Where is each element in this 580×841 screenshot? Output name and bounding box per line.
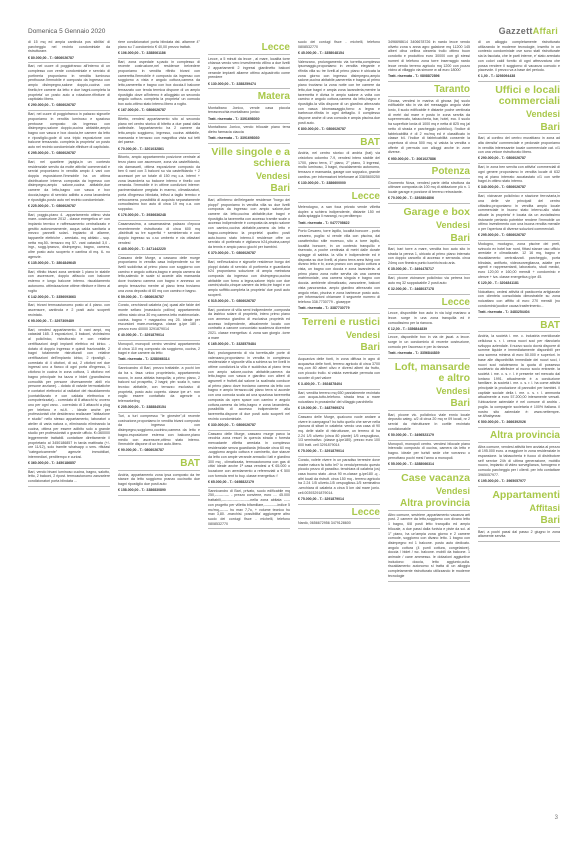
ad-text: Bitetto, vendesi appartamento sito al se… <box>118 117 200 145</box>
ad-text: Montalbano Jonico, vende casa piccola te… <box>208 106 290 115</box>
classified-ad: Turi, a turi compresso "le ginestre",di … <box>118 414 200 456</box>
section-heading-cat: Case vacanza <box>388 473 470 484</box>
ad-text: Bari, al confino del centro murattiano i… <box>478 136 560 155</box>
column-5: 3496698614 3406678726 in nardo lecce ven… <box>388 40 470 810</box>
classified-ad: Bari, porzione di villa semi indipendent… <box>208 308 290 350</box>
classified-ad: Ginosa, vendesi in marina di ginosa (ta)… <box>388 99 470 165</box>
classified-ad: Bitetto, vendesi appartamento sito al se… <box>118 117 200 154</box>
section-heading-city: Bari <box>388 234 470 246</box>
section-heading-cat: Uffici e locali commerciali <box>478 85 560 107</box>
classified-ad: Melendugno, a san foca privato vende vil… <box>298 205 380 228</box>
ad-text: Andria, appartamento zona ipsa composto … <box>118 473 200 487</box>
ad-text: Bari, nell'esclusivo e signorile residen… <box>208 260 290 298</box>
ad-price-phone: € 158.000,00 - T.: 3386830890 <box>118 488 200 493</box>
page-number: 3 <box>555 815 558 821</box>
section-heading-cat: Ville singole e a schiera <box>208 147 290 169</box>
classified-ad: Acquaviva delle fonti, in zona diffusa i… <box>298 357 380 390</box>
ad-price-phone: € 405.000,00 - T.: 3471442220 <box>118 247 200 252</box>
ad-text: Corato, volete vivere in un paradiso ter… <box>298 458 380 496</box>
classified-ad: Sannicandro di Bari, prezzo trattabile. … <box>118 366 200 413</box>
ad-price-phone: € 1,00 - T.: 3293094438 <box>478 74 560 79</box>
ad-price-phone: € 55.000,00 - T.: 3288066314 <box>388 462 470 467</box>
ad-text: Bari, vendo bivani luminoso cucina, bagn… <box>28 470 110 484</box>
ad-text: Bari, picone vicinanze policlinico via p… <box>388 276 470 285</box>
ad-price-phone: € 95.000,00 - T.: 3297309489 <box>28 319 110 324</box>
classified-ad: Monopoli, monopoli centro vendesi appart… <box>118 342 200 365</box>
classified-ad: riere condizionatori porta blindata dst.… <box>118 40 200 59</box>
section-heading-city: BAT <box>298 138 380 150</box>
classifieds-columns: di 15 mq ed ampia cantinola pos sibilita… <box>28 40 560 810</box>
ad-text: Cassano delle Murge, cassano murge parco… <box>208 432 290 479</box>
ad-price-phone: € 45.000,00 - T.: 3358048154 <box>298 51 380 56</box>
ad-text: Bari, prolungamento di via torretta,alle… <box>208 351 290 422</box>
ad-text: Bari, vendesi appartamento. 6 vani ampi,… <box>28 328 110 460</box>
classified-ad: Monopoli, monopoli centro. vendesi biloc… <box>388 442 470 470</box>
section-heading-city: Taranto <box>388 85 470 97</box>
logo-accent: Affari <box>533 26 558 36</box>
ad-price-phone: € 12,00 - T.: 3356844839 <box>388 327 470 332</box>
classified-ad: Noicattaro, cedesi attività di pasticcer… <box>478 290 560 318</box>
ad-text: Sannicandro di Bari, prezzo trattabile. … <box>118 366 200 404</box>
ad-price-phone: € 950.000,00 - T.: 3061027886 <box>388 157 470 162</box>
classified-ad: Bari, nel cuore di poggiofranco in palaz… <box>28 112 110 159</box>
ad-price-phone: Tratt. riservata - T.: 3387730779 <box>298 306 380 311</box>
ad-price-phone: € 295.000,00 - T.: 0806026787 <box>478 233 560 238</box>
section-heading-city: Altra provincia <box>388 499 470 511</box>
ad-price-phone: € 800.000,00 - T.: 0806026787 <box>298 127 380 132</box>
section-heading-city: Bari <box>208 184 290 196</box>
classified-ad: Bitonto, ampio appartamento posizione ce… <box>118 155 200 221</box>
classified-ad: Bari, nell'esclusivo e signorile residen… <box>208 260 290 307</box>
ad-price-phone: € 225.000,00 - T.: 0806026787 <box>28 204 110 209</box>
ad-price-phone: Tratt. riservata - T.: 3483254404 <box>478 310 560 315</box>
section-heading-sub: Vendesi <box>388 387 470 396</box>
column-2: riere condizionatori porta blindata dst.… <box>118 40 200 810</box>
ad-text: Sannicandro di Bari, privato, suolo edif… <box>208 489 290 527</box>
ad-text: Andria, la società i. me. c. industria m… <box>478 334 560 419</box>
ad-text: Monopoli, monopoli centro. vendesi biloc… <box>388 442 470 461</box>
classified-ad: Bari, all'interno dell'elegante residenc… <box>208 198 290 259</box>
ad-price-phone: € 3.400,00 - T.: 3924878404 <box>298 382 380 387</box>
section-heading-city: Lecce <box>298 192 380 204</box>
classified-ad: Bari, a pochi passi dal passo 2 giugno i… <box>478 530 560 542</box>
classified-ad: Casamassima, a casamassima palazzo d'epo… <box>118 222 200 255</box>
ad-text: Montalbano Jonico, vendo trilocale piano… <box>208 125 290 134</box>
masthead-logo: GazzettAffari <box>499 26 558 36</box>
ad-text: Ginosa, vendesi in marina di ginosa (ta)… <box>388 99 470 155</box>
column-3: LecceLecce, a 5 minuti da lecce , al mar… <box>208 40 290 810</box>
classified-ad: Bari, prolungamento di via torretta,alle… <box>208 351 290 431</box>
classified-ad: Cassano delle Murge, a cassano delle mur… <box>118 256 200 303</box>
ad-text: Nardò, 0656672956 3479128600 <box>298 521 380 526</box>
ad-price-phone: € 90.000,00 - T.: 0806026787 <box>118 448 200 453</box>
classified-ad: Lecce, disponibile box in via de jacat. … <box>388 335 470 358</box>
ad-price-phone: € 59.000,00 - T.: 0806026787 <box>118 295 200 300</box>
ad-text: di 15 mq ed ampia cantinola pos sibilita… <box>28 40 110 54</box>
classified-ad: Bari, picone vic. policlinico viale enni… <box>388 413 470 441</box>
ad-text: Bari, nel cuore di poggiofranco all'inte… <box>28 64 110 102</box>
classified-ad: Modugno, modugno, zona piscine dei preti… <box>478 242 560 289</box>
ad-text: Bari, porzione di villa semi indipendent… <box>208 308 290 341</box>
section-heading-city: Bari <box>298 343 380 355</box>
section-heading-city: Lecce <box>388 298 470 310</box>
classified-ad: 3496698614 3406678726 in nardo lecce ven… <box>388 40 470 82</box>
ad-price-phone: € 50.000,00 - T.: 3496523179 <box>388 433 470 438</box>
ad-price-phone: Tratt. riservata - T.: 3391698030 <box>208 117 290 122</box>
classified-ad: Bari, vendita terreno mq 650 parzialment… <box>298 391 380 414</box>
section-heading-city: Potenza <box>388 167 470 179</box>
ad-text: Altra comune, vendesi attività ben avvia… <box>478 445 560 478</box>
ad-text: Bari, in zona ben servita con attivita' … <box>478 165 560 184</box>
ad-text: Bari, picone vic. policlinico viale enni… <box>388 413 470 432</box>
ad-price-phone: € 106.000,00 - T.: 3288061186 <box>118 51 200 56</box>
ad-text: Monopoli, monopoli centro vendesi appart… <box>118 342 200 356</box>
ad-text: Noicattaro, cedesi attività di pasticcer… <box>478 290 560 309</box>
ad-price-phone: € 330.000,00 - T.: 0806026787 <box>208 423 290 428</box>
ad-text: Lecce, a 5 minuti da lecce , al mare, lo… <box>208 57 290 81</box>
section-heading-cat: Garage e box <box>388 207 470 218</box>
ad-text: Bari, nel quartiere japigia,in un contes… <box>28 160 110 202</box>
ad-price-phone: € 290.000,00 - T.: 0806026787 <box>478 156 560 161</box>
classified-ad: Montalbano Jonico, vendo trilocale piano… <box>208 125 290 144</box>
ad-price-phone: € 295.000,00 - T.: 0806026787 <box>28 151 110 156</box>
ad-price-phone: Tratt. riservata - T.: 0477708622 <box>298 221 380 226</box>
classified-ad: Cassano delle Murge, cassano murge parco… <box>208 432 290 488</box>
ad-price-phone: € 130.000,00 - T.: 3386600000 <box>298 181 380 186</box>
ad-price-phone: € 195.000,00 - T.: 3965057977 <box>478 479 560 484</box>
ad-text: Cassano delle Murge, qualcuno vuole anda… <box>298 415 380 448</box>
ad-text: Bari, vicinanze policlinico e stazione f… <box>478 194 560 232</box>
classified-ad: Corato, cerchiandi calabria (cs) quasi a… <box>118 303 200 340</box>
classified-ad: Nardò, 0656672956 3479128600 <box>298 521 380 529</box>
ad-text: Acquaviva delle fonti, in zona diffusa i… <box>298 357 380 381</box>
ad-text: Melendugno, a san foca privato vende vil… <box>298 205 380 219</box>
ad-text: Bari, a pochi passi dal passo 2 giugno i… <box>478 530 560 539</box>
section-heading-sub: Vendesi <box>298 331 380 340</box>
ad-text: Lecce, disponibile box in via de jacat. … <box>388 335 470 349</box>
ad-text: Valenzano, prolungamento via torretta,co… <box>298 60 380 126</box>
classified-ad: Grumento Nova, vendesi parte della strut… <box>388 181 470 204</box>
classified-ad: Cassano delle Murge, qualcuno vuole anda… <box>298 415 380 457</box>
ad-text: Bari, zona ospedale s.paolo in complesso… <box>118 60 200 107</box>
ad-text: suolo dei coniugi fisce - michelli, tele… <box>298 40 380 49</box>
classified-ad: suolo dei coniugi fisce - michelli, tele… <box>298 40 380 59</box>
section-heading-cat: Terreni e rustici <box>298 317 380 328</box>
ad-price-phone: € 142.000,00 - T.: 3356093663 <box>28 295 110 300</box>
section-heading-city: BAT <box>118 459 200 471</box>
section-heading-city: Matera <box>208 92 290 104</box>
ad-text: Corato, cerchiandi calabria (cs) quasi a… <box>118 303 200 331</box>
ad-text: Bari, poggio-piano 4. -appartamento otti… <box>28 213 110 260</box>
ad-price-phone: € 75.000,00 - T.: 3291879014 <box>298 497 380 502</box>
column-1: di 15 mq ed ampia cantinola pos sibilita… <box>28 40 110 810</box>
ad-price-phone: € 290.000,00 - T.: 0806026787 <box>28 103 110 108</box>
classified-ad: Bari, nel quartiere japigia,in un contes… <box>28 160 110 212</box>
logo-main: Gazzett <box>499 26 533 36</box>
page-header: Domenica 5 Gennaio 2020 GazzettAffari <box>28 24 558 38</box>
ad-price-phone: € 32.000,00 - T.: 3468037178 <box>388 287 470 292</box>
section-heading-city: Bari <box>478 123 560 135</box>
ad-text: Bari, trivani termoautonomo posto al 4 p… <box>28 303 110 317</box>
classified-ad: Bari, nel cuore di poggiofranco all'inte… <box>28 64 110 111</box>
ad-price-phone: € 340.000,00 - T.: 0806026787 <box>478 185 560 190</box>
classified-ad: Bari, rifinito bivani zona centrale 1 pi… <box>28 270 110 303</box>
ad-price-phone: € 135.000,00 - T.: 3804849645 <box>28 261 110 266</box>
ad-text: Turi, a turi compresso "le ginestre",di … <box>118 414 200 447</box>
classified-ad: Bari, trivani termoautonomo posto al 4 p… <box>28 303 110 326</box>
ad-text: Porto Cesareo, torre lapillo, località b… <box>298 229 380 304</box>
ad-text: Lecce, disponibile box auto in via luigi… <box>388 311 470 325</box>
ad-price-phone: € 80.000,00 - T.: 0806026787 <box>28 56 110 61</box>
classified-ad: Altro comune, sestriere ,appartamento va… <box>388 513 470 582</box>
section-heading-city: Altra provincia <box>478 431 560 443</box>
classified-ad: Bari, al confino del centro murattiano i… <box>478 136 560 164</box>
classified-ad: di 15 mq ed ampia cantinola pos sibilita… <box>28 40 110 63</box>
classified-ad: Montalbano Jonico, vende casa piccola te… <box>208 106 290 125</box>
ad-text: Casamassima, a casamassima palazzo d'epo… <box>118 222 200 246</box>
ad-price-phone: € 176.000,00 - T.: 3936636248 <box>118 213 200 218</box>
classified-ad: Bari, in zona ben servita con attivita' … <box>478 165 560 193</box>
ad-text: Bari, bari torre a mare, vendita box aut… <box>388 247 470 266</box>
classified-ad: Porto Cesareo, torre lapillo, località b… <box>298 229 380 313</box>
ad-price-phone: € 165.000,00 - T.: 3328575484 <box>208 342 290 347</box>
classified-ad: Sannicandro di Bari, privato, suolo edif… <box>208 489 290 530</box>
ad-text: riere condizionatori porta blindata dst.… <box>118 40 200 49</box>
ad-price-phone: € 205.000,00 - T.: 3388845154 <box>118 405 200 410</box>
section-heading-sub: Vendesi <box>388 221 470 230</box>
ad-text: Bitonto, ampio appartamento posizione ce… <box>118 155 200 211</box>
ad-price-phone: € 65.000,00 - T.: 0498822179 <box>208 480 290 485</box>
section-heading-cat: Appartamenti <box>478 490 560 501</box>
classified-ad: Andria, nel centro storico di andria (ba… <box>298 151 380 188</box>
ad-text: Andria, nel centro storico di andria (ba… <box>298 151 380 179</box>
ad-text: Bari, vendita terreno mq 650 parzialment… <box>298 391 380 405</box>
classified-ad: Bari, vendesi appartamento. 6 vani ampi,… <box>28 328 110 469</box>
ad-text: Bari, rifinito bivani zona centrale 1 pi… <box>28 270 110 294</box>
ad-price-phone: € 167.000,00 - T.: 0806026787 <box>118 108 200 113</box>
section-heading-sub: Affitasi <box>478 504 560 513</box>
ad-text: Bari, all'interno dell'elegante residenc… <box>208 198 290 250</box>
section-heading-city: BAT <box>478 321 560 333</box>
section-heading-city: Lecce <box>298 508 380 520</box>
classified-ad: Bari, bari torre a mare, vendita box aut… <box>388 247 470 275</box>
classified-ad: Bari, picone vicinanze policlinico via p… <box>388 276 470 295</box>
ad-price-phone: € 19.000,00 - T.: 3487969374 <box>298 406 380 411</box>
ad-text: di un alloggio completamente ristruttura… <box>478 40 560 73</box>
classified-ad: Andria, la società i. me. c. industria m… <box>478 334 560 428</box>
ad-text: Bari, nel cuore di poggiofranco in palaz… <box>28 112 110 150</box>
ad-price-phone: € 40.000,00 - T.: 3291879014 <box>118 333 200 338</box>
ad-price-phone: € 70.000,00 - T.: 3201032861 <box>118 147 200 152</box>
section-heading-city: Lecce <box>208 43 290 55</box>
ad-price-phone: Tratt. riservata - T.: 0808872896 <box>388 74 470 79</box>
classified-ad: di un alloggio completamente ristruttura… <box>478 40 560 82</box>
ad-text: Altro comune, sestriere ,appartamento va… <box>388 513 470 579</box>
ad-price-phone: Tratt. riservata - T.: 3391698030 <box>208 136 290 141</box>
classified-ad: Andria, appartamento zona ipsa composto … <box>118 473 200 496</box>
issue-date: Domenica 5 Gennaio 2020 <box>28 28 105 35</box>
ad-price-phone: € 515.000,00 - T.: 0806026787 <box>208 299 290 304</box>
classified-ad: Lecce, disponibile box auto in via luigi… <box>388 311 470 334</box>
classified-ad: Bari, vicinanze policlinico e stazione f… <box>478 194 560 241</box>
column-6: di un alloggio completamente ristruttura… <box>478 40 560 810</box>
classified-ad: Valenzano, prolungamento via torretta,co… <box>298 60 380 135</box>
ad-price-phone: € 120,00 - T.: 3204841181 <box>478 281 560 286</box>
classified-ad: Bari, vendo bivani luminoso cucina, bagn… <box>28 470 110 487</box>
ad-price-phone: € 130.000,00 - T.: 3288259474 <box>208 82 290 87</box>
ad-price-phone: € 500.000,00 - T.: 3666392026 <box>478 420 560 425</box>
ad-price-phone: Tratt. riservata - T.: 3288066314 <box>118 357 200 362</box>
ad-text: Grumento Nova, vendesi parte della strut… <box>388 181 470 195</box>
ad-price-phone: € 360.000,00 - T.: 3450186857 <box>28 461 110 466</box>
section-heading-sub: Vendesi <box>388 487 470 496</box>
section-heading-city: Bari <box>388 399 470 411</box>
section-heading-city: Bari <box>478 516 560 528</box>
classified-ad: Bari, zona ospedale s.paolo in complesso… <box>118 60 200 116</box>
column-4: suolo dei coniugi fisce - michelli, tele… <box>298 40 380 810</box>
ad-text: Cassano delle Murge, a cassano delle mur… <box>118 256 200 294</box>
ad-price-phone: € 75.000,00 - T.: 3291879014 <box>298 449 380 454</box>
ad-price-phone: Tratt. riservata - T.: 3356844839 <box>388 351 470 356</box>
ad-price-phone: € 370.000,00 - T.: 0806026787 <box>208 251 290 256</box>
classified-ad: Altra comune, vendesi attività ben avvia… <box>478 445 560 487</box>
classified-ad: Lecce, a 5 minuti da lecce , al mare, lo… <box>208 57 290 90</box>
section-heading-sub: Vendesi <box>208 172 290 181</box>
ad-text: 3496698614 3406678726 in nardo lecce ven… <box>388 40 470 73</box>
ad-price-phone: € 35.000,00 - T.: 3494478717 <box>388 267 470 272</box>
ad-price-phone: € 70.000,00 - T.: 3392804806 <box>388 196 470 201</box>
ad-text: Modugno, modugno, zona piscine dei preti… <box>478 242 560 280</box>
classified-ad: Corato, volete vivere in un paradiso ter… <box>298 458 380 505</box>
section-heading-cat: Loft, mansarde e altro <box>388 362 470 384</box>
classified-ad: Bari, poggio-piano 4. -appartamento otti… <box>28 213 110 269</box>
section-heading-sub: Vendesi <box>478 110 560 119</box>
